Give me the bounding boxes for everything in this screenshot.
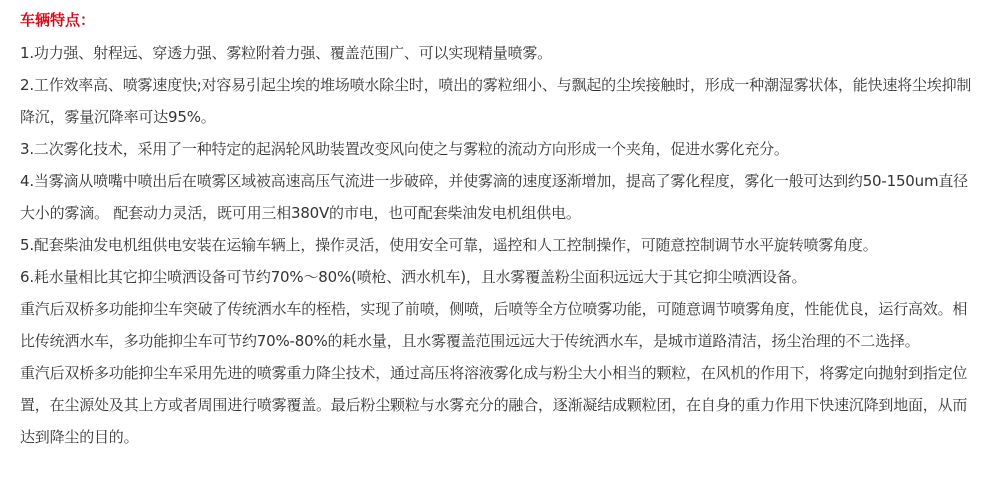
feature-item-2: 2.工作效率高、喷雾速度快;对容易引起尘埃的堆场喷水除尘时，喷出的雾粒细小、与飘… — [20, 69, 979, 133]
description-paragraph-1: 重汽后双桥多功能抑尘车突破了传统洒水车的桎梏，实现了前喷，侧喷，后喷等全方位喷雾… — [20, 293, 979, 357]
description-paragraph-2: 重汽后双桥多功能抑尘车采用先进的喷雾重力降尘技术，通过高压将溶液雾化成与粉尘大小… — [20, 357, 979, 453]
vehicle-features-section: 车辆特点： 1.功力强、射程远、穿透力强、雾粒附着力强、覆盖范围广、可以实现精量… — [0, 0, 997, 453]
feature-item-1: 1.功力强、射程远、穿透力强、雾粒附着力强、覆盖范围广、可以实现精量喷雾。 — [20, 37, 979, 69]
section-title: 车辆特点： — [20, 6, 979, 34]
feature-item-4: 4.当雾滴从喷嘴中喷出后在喷雾区域被高速高压气流进一步破碎，并使雾滴的速度逐渐增… — [20, 165, 979, 229]
feature-item-5: 5.配套柴油发电机组供电安装在运输车辆上，操作灵活，使用安全可靠，遥控和人工控制… — [20, 229, 979, 261]
feature-item-3: 3.二次雾化技术，采用了一种特定的起涡轮风助装置改变风向使之与雾粒的流动方向形成… — [20, 133, 979, 165]
feature-item-6: 6.耗水量相比其它抑尘喷洒设备可节约70%～80%(喷枪、洒水机车)，且水雾覆盖… — [20, 261, 979, 293]
